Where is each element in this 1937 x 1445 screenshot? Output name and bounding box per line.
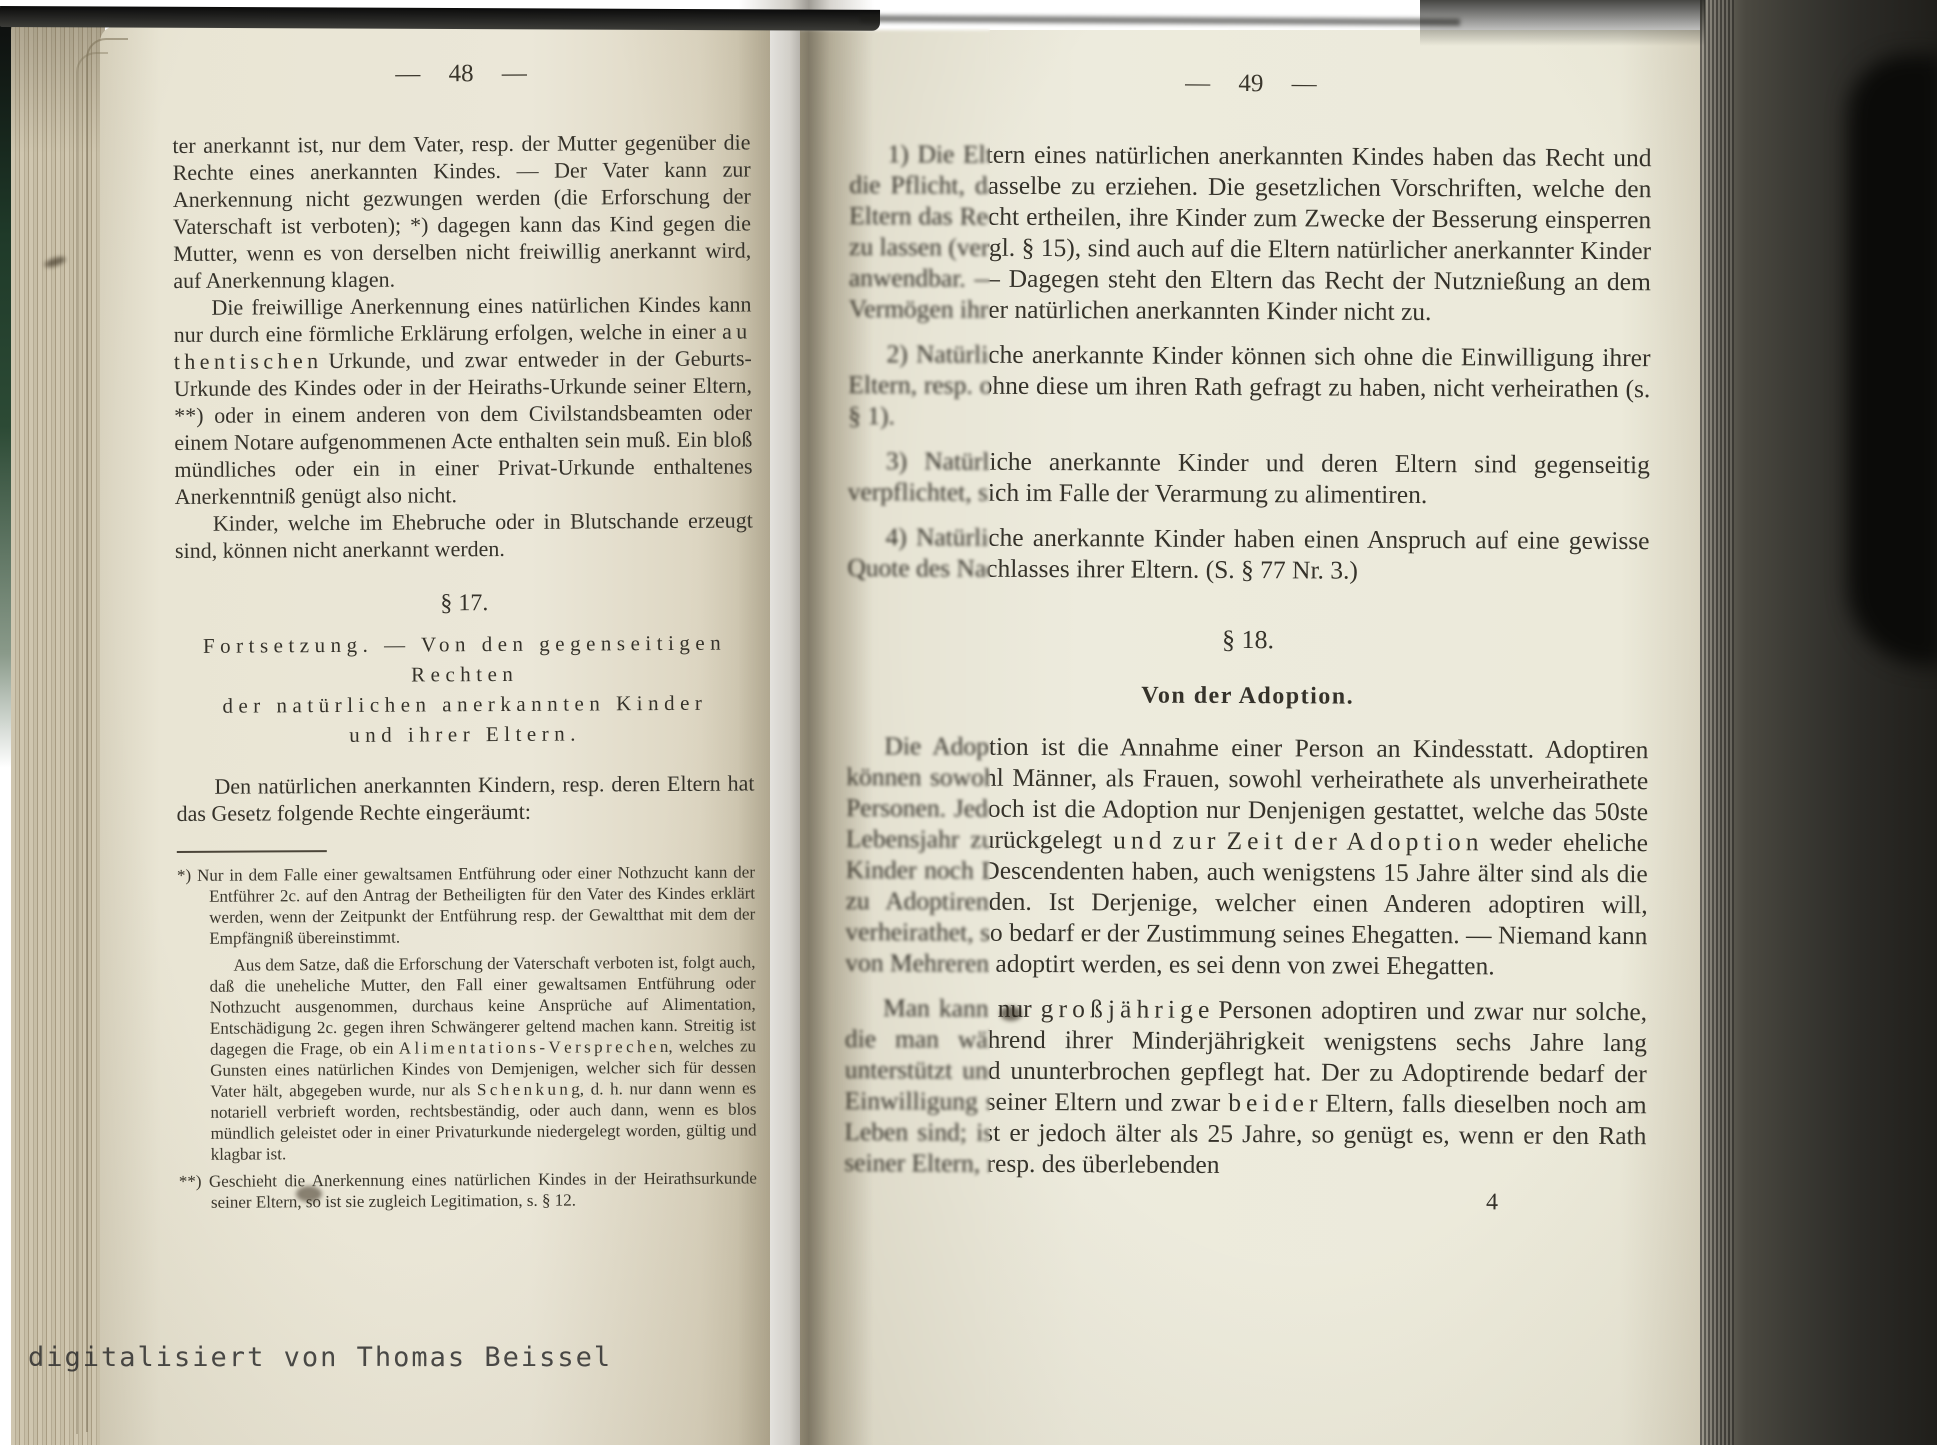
section-number: § 17. [175, 588, 753, 619]
paragraph: Den natürlichen anerkannten Kindern, res… [176, 769, 754, 827]
footnote-rule [177, 850, 327, 853]
paragraph: ter anerkannt ist, nur dem Vater, resp. … [172, 128, 751, 294]
top-scan-band [0, 6, 880, 31]
right-page-content: — 49 — 1) Die Eltern eines natürlichen a… [844, 68, 1652, 1217]
right-page: — 49 — 1) Die Eltern eines natürlichen a… [800, 30, 1705, 1445]
list-item: 1) Die Eltern eines natürlichen anerkann… [849, 138, 1652, 328]
digitization-watermark: digitalisiert von Thomas Beissel [28, 1342, 612, 1373]
signature-mark: 4 [844, 1186, 1646, 1217]
section-heading-17: § 17. Fortsetzung. — Von den gegenseitig… [175, 588, 754, 751]
list-item: 4) Natürliche anerkannte Kinder haben ei… [847, 521, 1649, 587]
paragraph: Kinder, welche im Ehebruche oder in Blut… [175, 506, 753, 564]
right-page-number: — 49 — [850, 68, 1652, 100]
list-item: 3) Natürliche anerkannte Kinder und dere… [848, 445, 1650, 511]
section-number: § 18. [847, 623, 1649, 657]
fore-edge-shadow-blob [1848, 55, 1937, 665]
left-page: — 48 — ter anerkannt ist, nur dem Vater,… [100, 26, 770, 1445]
footnote: **) Geschieht die Anerkennung eines natü… [179, 1167, 757, 1213]
page-edge-stack-left [11, 14, 105, 1445]
section-heading-18: § 18. Von der Adoption. [847, 623, 1649, 712]
section-subtitle: Von der Adoption. [847, 681, 1649, 712]
footnote: Aus dem Satze, daß die Erforschung der V… [177, 951, 756, 1165]
top-shadow [1420, 0, 1705, 46]
top-scan-band-thin [860, 15, 1460, 26]
list-item: 2) Natürliche anerkannte Kinder können s… [848, 338, 1650, 435]
book-photo: — 48 — ter anerkannt ist, nur dem Vater,… [0, 0, 1937, 1445]
section-title-line: und ihrer Eltern. [176, 717, 754, 751]
left-page-content: — 48 — ter anerkannt ist, nur dem Vater,… [172, 58, 757, 1213]
paragraph: Man kann nur g r o ß j ä h r i g e Perso… [844, 992, 1647, 1182]
section-title-line: der natürlichen anerkannten Kinder [176, 687, 754, 721]
footnote: *) Nur in dem Falle einer gewaltsamen En… [177, 861, 756, 949]
left-page-number: — 48 — [172, 58, 750, 90]
paragraph: Die freiwillige Anerkennung eines natürl… [173, 290, 752, 510]
section-title-line: Fortsetzung. — Von den gegenseitigen Rec… [175, 627, 753, 691]
paragraph: Die Adoption ist die Annahme einer Perso… [845, 730, 1648, 982]
